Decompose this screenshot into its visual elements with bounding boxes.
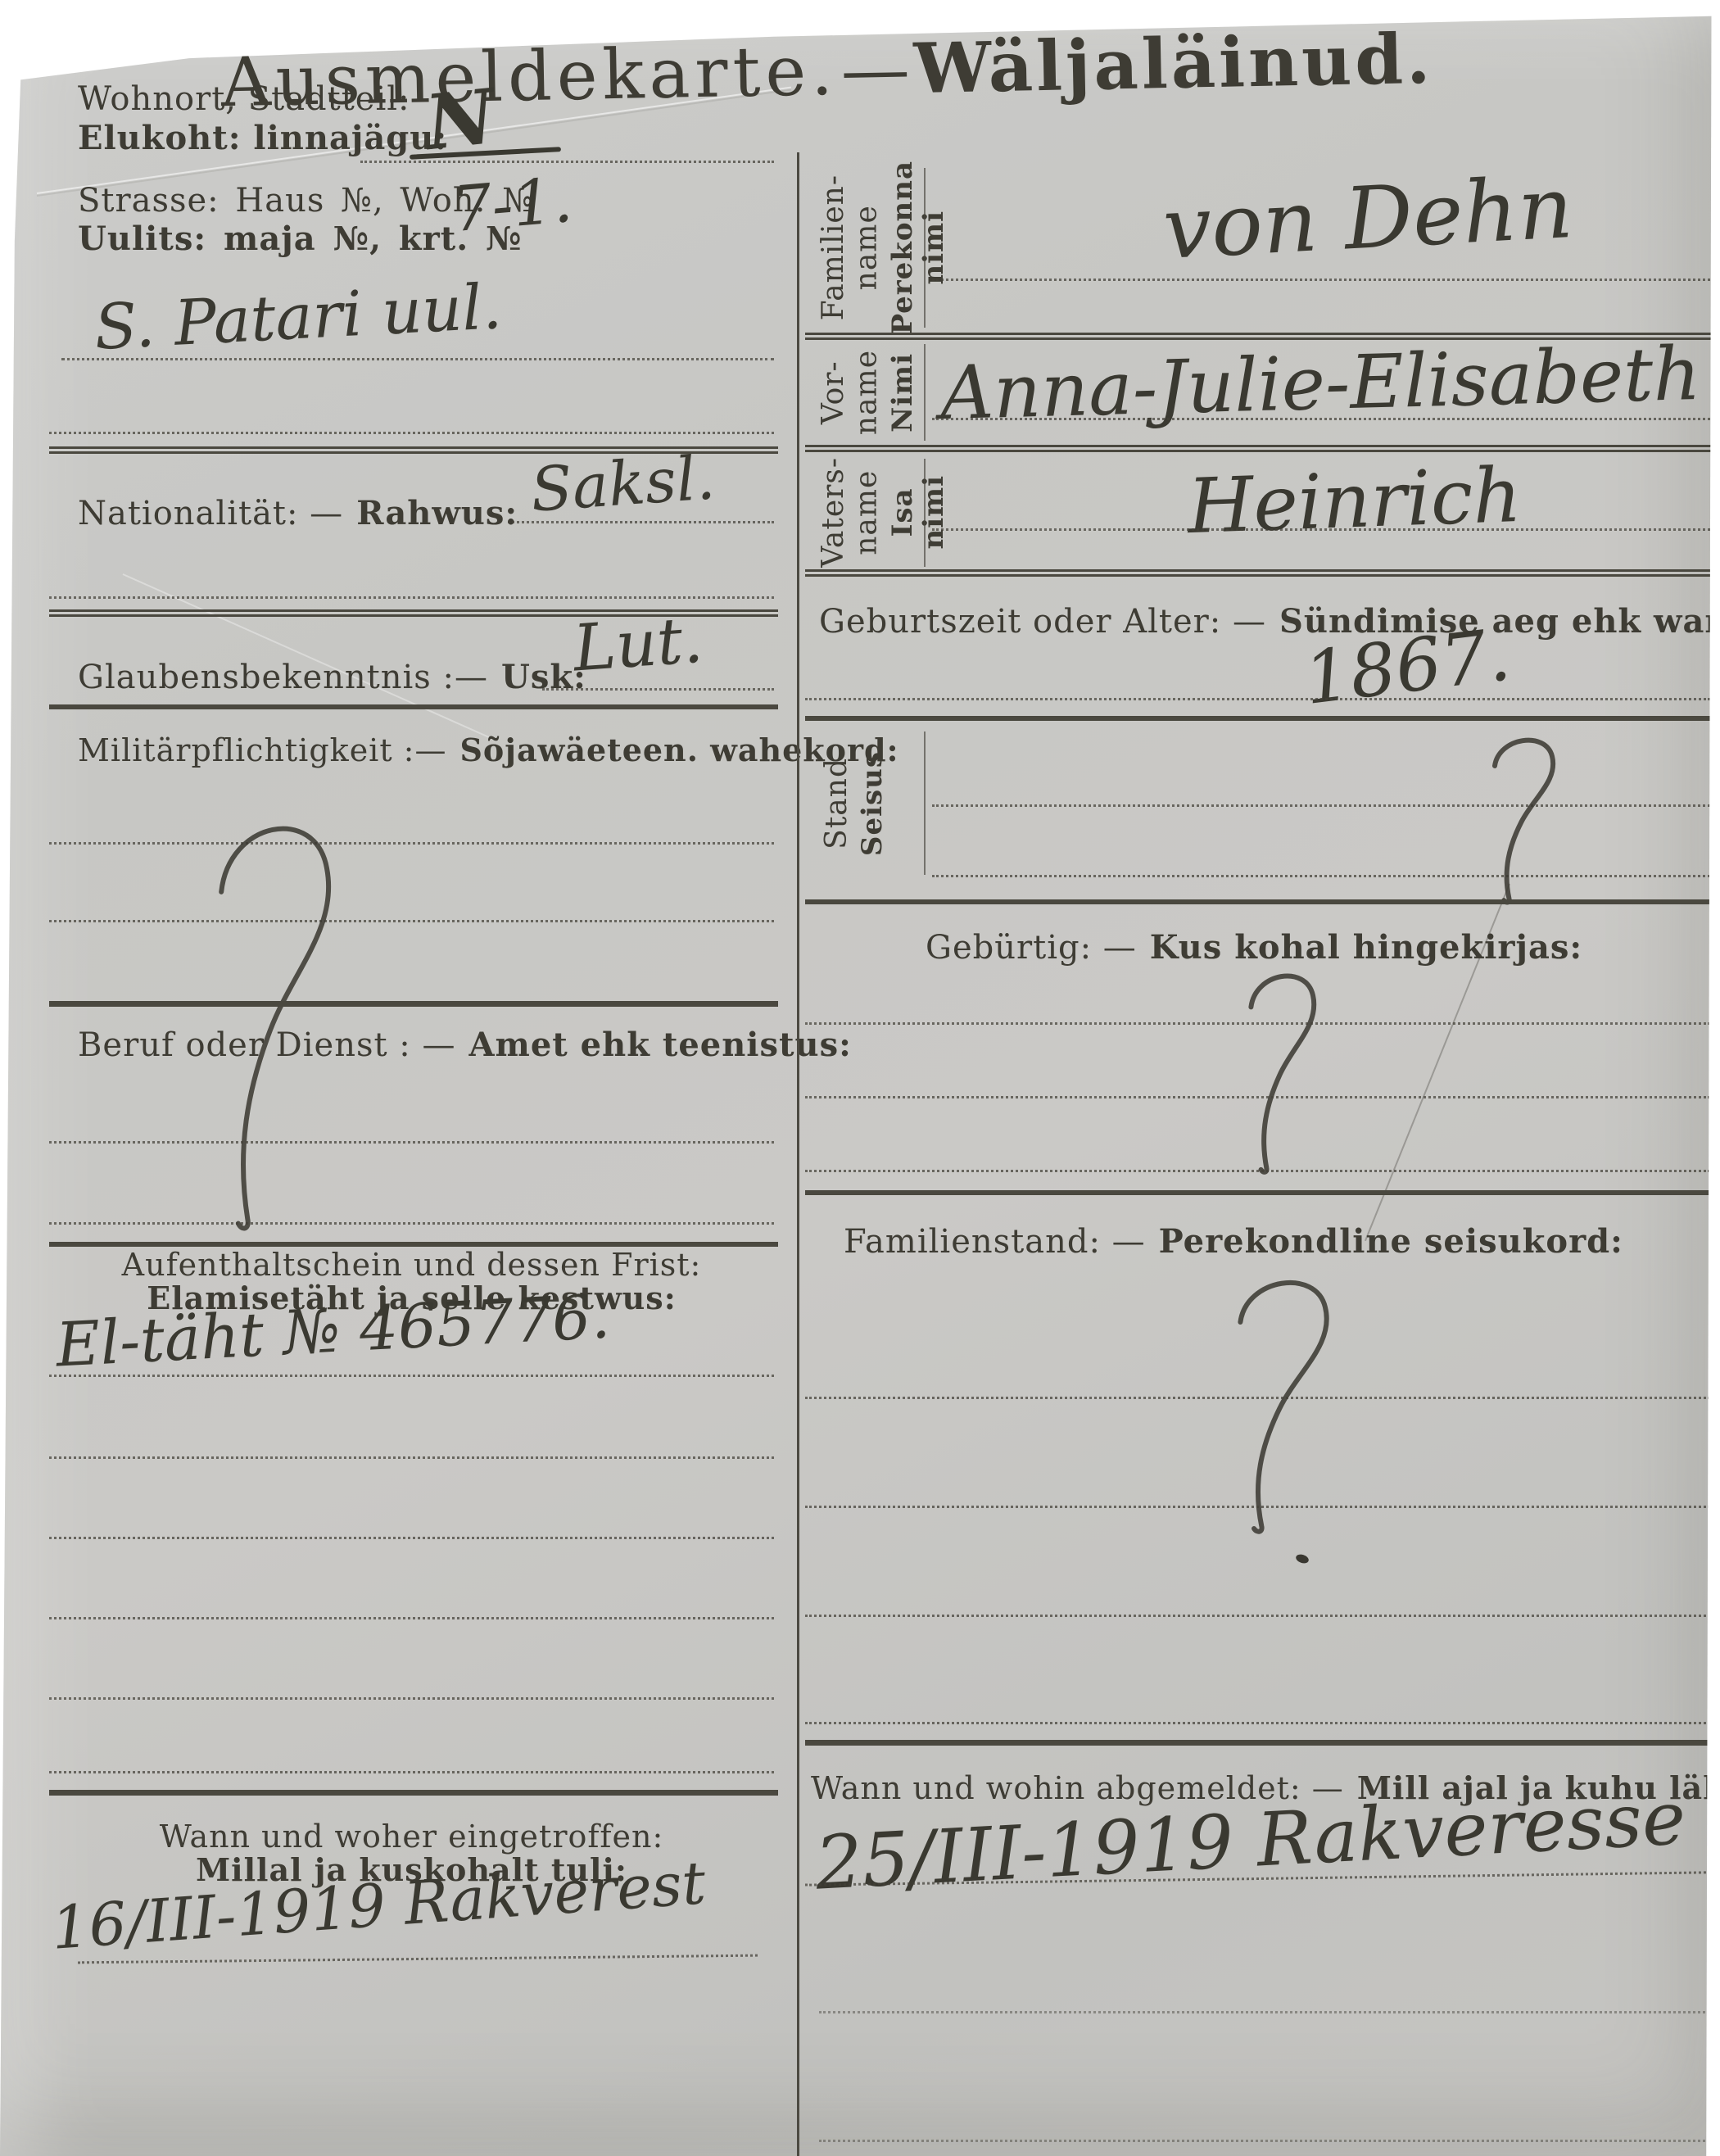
handwritten-religion-value: Lut.	[571, 604, 705, 686]
dotted-line	[805, 1722, 1710, 1724]
dotted-line	[49, 1375, 774, 1377]
field-gebuertig-label: Gebürtig: — Kus kohal hingekirjas:	[926, 928, 1582, 967]
field-familienstand-label: Familienstand: — Perekondline seisukord:	[844, 1222, 1623, 1261]
handwritten-question-mark-flourish	[176, 801, 364, 1235]
dotted-line	[932, 528, 1710, 531]
dotted-line	[805, 1397, 1710, 1399]
field-stand-label-et: Seisus	[857, 751, 888, 856]
dotted-line	[49, 1537, 774, 1539]
field-aufenthalt-label-de-row: Aufenthaltschein und dessen Frist:	[49, 1247, 774, 1283]
dotted-line	[932, 804, 1710, 807]
field-gebuertig-label-et: Kus kohal hingekirjas:	[1150, 928, 1582, 967]
field-eingetroffen-label-de: Wann und woher eingetroffen:	[160, 1819, 664, 1855]
field-wohnort-label-et: Elukoht: linnajägu:	[78, 119, 447, 157]
dotted-line	[805, 1096, 1710, 1098]
field-wohnort-label-de: Wohnort, Stadtteil:	[78, 80, 410, 118]
dotted-line	[805, 1506, 1710, 1508]
section-rule	[805, 716, 1712, 721]
field-familienstand-label-et: Perekondline seisukord:	[1159, 1222, 1623, 1261]
field-familienname-label-cell: Familien- name Perekonna nimi	[817, 165, 949, 329]
handwritten-house-number: 7-1.	[449, 163, 575, 246]
dotted-line	[932, 875, 1710, 877]
section-rule	[805, 569, 1712, 577]
dotted-line	[932, 418, 1710, 420]
handwritten-father-name: Heinrich	[1186, 451, 1523, 550]
dotted-line	[61, 358, 774, 360]
section-rule	[805, 1740, 1712, 1746]
field-glaubens-label: Glaubensbekenntnis :— Usk:	[78, 658, 586, 696]
section-rule	[805, 1190, 1712, 1195]
dotted-line	[49, 1222, 774, 1225]
handwritten-nationality-value: Saksl.	[528, 442, 717, 525]
dotted-line	[49, 1771, 774, 1773]
field-eingetroffen-label-de-row: Wann und woher eingetroffen:	[49, 1819, 774, 1855]
field-beruf-label-de: Beruf oder Dienst : —	[78, 1026, 455, 1064]
field-beruf-label-et: Amet ehk teenistus:	[468, 1026, 851, 1064]
field-vatersname-label-et: Isa nimi	[887, 475, 949, 550]
dotted-line	[49, 842, 774, 845]
field-glaubens-label-de: Glaubensbekenntnis :—	[78, 659, 488, 696]
dotted-line	[508, 521, 774, 523]
field-beruf-label: Beruf oder Dienst : — Amet ehk teenistus…	[78, 1026, 852, 1064]
dotted-line	[805, 1170, 1710, 1172]
handwritten-street-name: S. Patari uul.	[93, 269, 504, 364]
section-rule	[49, 1790, 778, 1796]
field-nationalitaet-label-et: Rahwus:	[356, 494, 518, 532]
label-cell-divider	[924, 168, 926, 328]
column-divider-line	[797, 152, 799, 2156]
section-rule	[49, 704, 778, 709]
field-geburtszeit-label-de: Geburtszeit oder Alter: —	[819, 603, 1266, 641]
section-rule	[805, 445, 1712, 452]
label-cell-divider	[924, 344, 926, 441]
card-title-estonian: Wäljaläinud.	[913, 18, 1434, 109]
field-aufenthalt-label-de: Aufenthaltschein und dessen Frist:	[122, 1247, 702, 1283]
dotted-line	[78, 1954, 758, 1964]
handwritten-question-mark-flourish	[1224, 962, 1335, 1175]
field-vorname-label-cell: Vor- name Nimi	[817, 344, 918, 441]
field-militaer-label: Militärpflichtigkeit :— Sõjawäeteen. wah…	[78, 731, 899, 768]
dotted-line	[819, 2011, 1710, 2013]
dotted-line	[542, 688, 774, 691]
section-rule	[805, 899, 1712, 904]
dotted-line	[932, 279, 1710, 281]
field-familienname-label-et: Perekonna nimi	[887, 161, 949, 335]
field-nationalitaet-label-de: Nationalität: —	[78, 495, 343, 532]
scanned-card-paper: Ausmeldekarte. — Wäljaläinud. Wohnort, S…	[0, 0, 1720, 2156]
dotted-line	[49, 1617, 774, 1619]
field-vatersname-label-cell: Vaters- name Isa nimi	[817, 457, 949, 568]
section-rule	[49, 1001, 778, 1007]
field-vatersname-label-de: Vaters- name	[817, 457, 884, 568]
handwritten-first-name: Anna-Julie-Elisabeth	[939, 331, 1702, 437]
dotted-line	[819, 2140, 1710, 2142]
field-familienname-label-de: Familien- name	[817, 174, 884, 320]
dotted-line	[49, 1141, 774, 1144]
field-geburtszeit-label: Geburtszeit oder Alter: — Sündimise aeg …	[819, 602, 1720, 641]
label-cell-divider	[924, 731, 926, 875]
card-title-dash: —	[840, 29, 912, 111]
handwritten-ink-dot	[1295, 1553, 1310, 1565]
field-gebuertig-label-de: Gebürtig: —	[926, 929, 1137, 967]
handwritten-question-mark-flourish	[1204, 1266, 1356, 1536]
dotted-line	[805, 1022, 1710, 1025]
handwritten-question-mark-flourish	[1470, 729, 1573, 905]
dotted-line	[49, 1456, 774, 1459]
field-familienstand-label-de: Familienstand: —	[844, 1223, 1146, 1261]
dotted-line	[805, 1615, 1710, 1617]
dotted-line	[49, 432, 774, 434]
label-cell-divider	[924, 459, 926, 567]
handwritten-family-name: von Dehn	[1161, 157, 1575, 279]
field-stand-label-cell: Stand Seisus	[821, 733, 888, 874]
dotted-line	[805, 698, 1710, 700]
field-vorname-label-et: Nimi	[887, 353, 918, 433]
dotted-line	[49, 1697, 774, 1700]
field-stand-label-de: Stand	[821, 758, 853, 849]
field-vorname-label-de: Vor- name	[817, 350, 884, 435]
dotted-line	[49, 596, 774, 599]
field-nationalitaet-label: Nationalität: — Rahwus:	[78, 494, 518, 532]
field-militaer-label-de: Militärpflichtigkeit :—	[78, 732, 446, 768]
dotted-line	[49, 920, 774, 922]
